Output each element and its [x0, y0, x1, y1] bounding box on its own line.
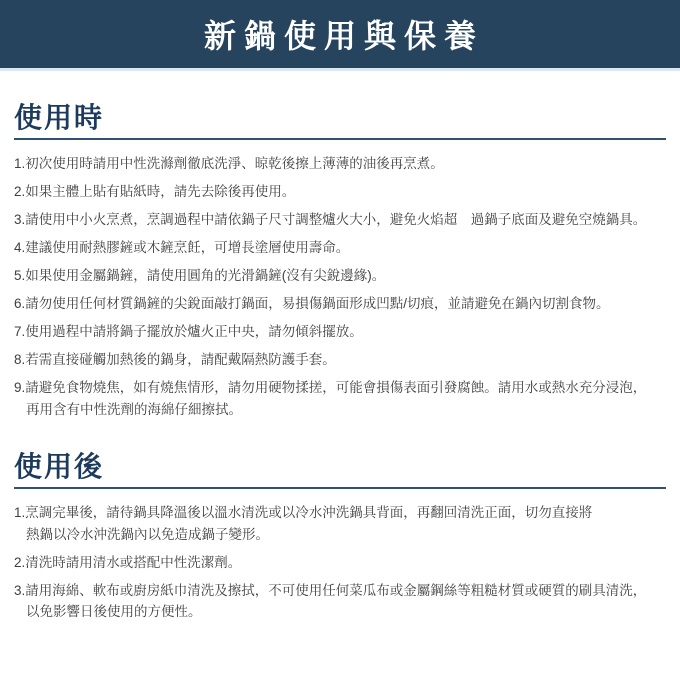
list-item: 1.初次使用時請用中性洗滌劑徹底洗淨、晾乾後擦上薄薄的油後再烹煮。 — [14, 153, 666, 175]
usage-during-list: 1.初次使用時請用中性洗滌劑徹底洗淨、晾乾後擦上薄薄的油後再烹煮。 2.如果主體… — [14, 153, 666, 420]
section-title-usage-after: 使用後 — [14, 450, 666, 483]
section-divider — [14, 138, 666, 140]
section-divider — [14, 487, 666, 489]
list-item: 7.使用過程中請將鍋子擺放於爐火正中央，請勿傾斜擺放。 — [14, 321, 666, 343]
page-title: 新鍋使用與保養 — [196, 11, 484, 57]
document-body: 使用時 1.初次使用時請用中性洗滌劑徹底洗淨、晾乾後擦上薄薄的油後再烹煮。 2.… — [0, 101, 680, 623]
header-banner: 新鍋使用與保養 — [0, 0, 680, 71]
list-item: 2.如果主體上貼有貼紙時，請先去除後再使用。 — [14, 181, 666, 203]
list-item: 9.請避免食物燒焦，如有燒焦情形，請勿用硬物揉搓，可能會損傷表面引發腐蝕。請用水… — [14, 377, 666, 420]
list-item: 3.請用海綿、軟布或廚房紙巾清洗及擦拭，不可使用任何菜瓜布或金屬鋼絲等粗糙材質或… — [14, 580, 666, 623]
usage-after-list: 1.烹調完畢後，請待鍋具降溫後以溫水清洗或以冷水沖洗鍋具背面，再翻回清洗正面，切… — [14, 502, 666, 623]
section-title-usage-during: 使用時 — [14, 101, 666, 134]
section-usage-after: 使用後 1.烹調完畢後，請待鍋具降溫後以溫水清洗或以冷水沖洗鍋具背面，再翻回清洗… — [14, 450, 666, 623]
list-item: 2.清洗時請用清水或搭配中性洗潔劑。 — [14, 552, 666, 574]
list-item: 6.請勿使用任何材質鍋鏟的尖銳面敲打鍋面，易損傷鍋面形成凹點/切痕，並請避免在鍋… — [14, 293, 666, 315]
list-item: 3.請使用中小火烹煮，烹調過程中請依鍋子尺寸調整爐火大小，避免火焰超 過鍋子底面… — [14, 209, 666, 231]
list-item: 4.建議使用耐熱膠鏟或木鏟烹飪，可增長塗層使用壽命。 — [14, 237, 666, 259]
list-item: 1.烹調完畢後，請待鍋具降溫後以溫水清洗或以冷水沖洗鍋具背面，再翻回清洗正面，切… — [14, 502, 666, 545]
list-item: 8.若需直接碰觸加熱後的鍋身，請配戴隔熱防護手套。 — [14, 349, 666, 371]
list-item: 5.如果使用金屬鍋鏟，請使用圓角的光滑鍋鏟(沒有尖銳邊緣)。 — [14, 265, 666, 287]
section-usage-during: 使用時 1.初次使用時請用中性洗滌劑徹底洗淨、晾乾後擦上薄薄的油後再烹煮。 2.… — [14, 101, 666, 420]
